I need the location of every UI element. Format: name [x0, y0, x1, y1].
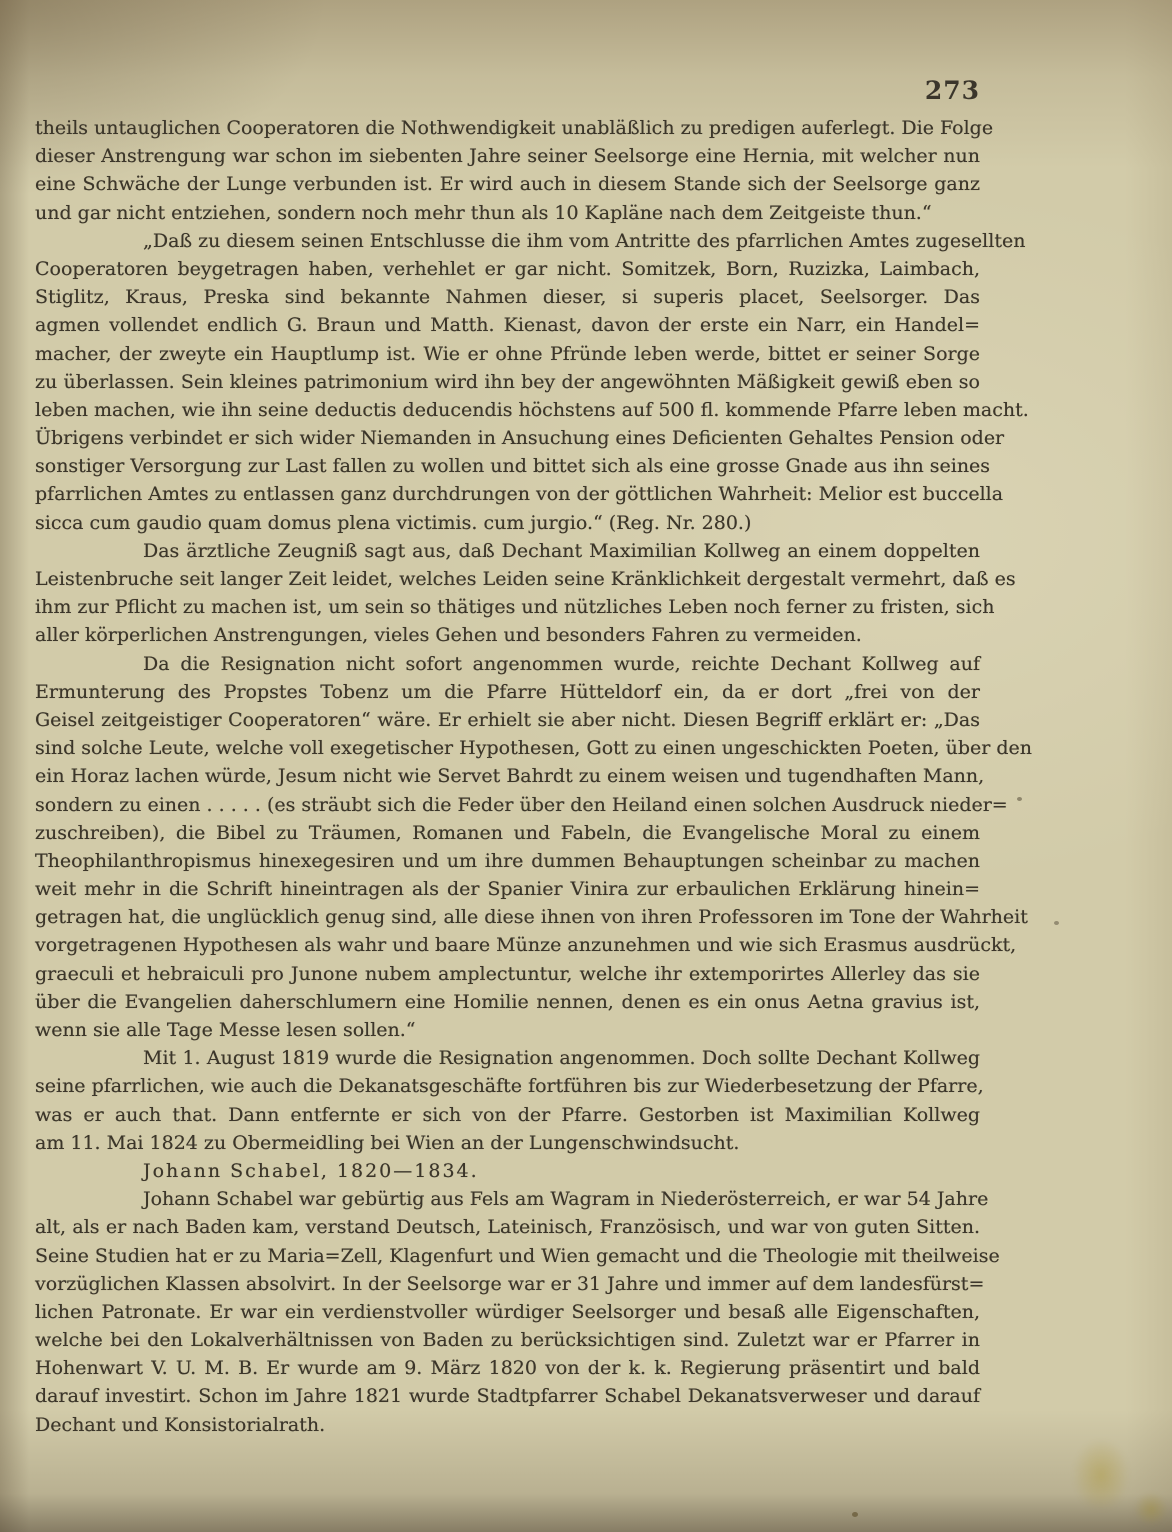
text-line: über die Evangelien daherschlumern eine …	[35, 988, 980, 1016]
text-line: graeculi et hebraiculi pro Junone nubem …	[35, 960, 980, 988]
text-line: sicca cum gaudio quam domus plena victim…	[35, 509, 980, 537]
text-line: Ermunterung des Propstes Tobenz um die P…	[35, 678, 980, 706]
text-line: sind solche Leute, welche voll exegetisc…	[35, 734, 980, 762]
text-line: agmen vollendet endlich G. Braun und Mat…	[35, 311, 980, 339]
text-line: was er auch that. Dann entfernte er sich…	[35, 1101, 980, 1129]
text-line: „Daß zu diesem seinen Entschlusse die ih…	[35, 227, 980, 255]
section-heading: Johann Schabel, 1820—1834.	[35, 1157, 980, 1185]
text-line: Theophilanthropismus hinexegesiren und u…	[35, 847, 980, 875]
text-line: Hohenwart V. U. M. B. Er wurde am 9. Mär…	[35, 1354, 980, 1382]
text-line: Mit 1. August 1819 wurde die Resignation…	[35, 1044, 980, 1072]
text-line: Leistenbruche seit langer Zeit leidet, w…	[35, 565, 980, 593]
text-line: wenn sie alle Tage Messe lesen sollen.“	[35, 1016, 980, 1044]
text-line: zu überlassen. Sein kleines patrimonium …	[35, 368, 980, 396]
text-line: seine pfarrlichen, wie auch die Dekanats…	[35, 1072, 980, 1100]
paper-stain	[1134, 1492, 1168, 1526]
text-line: sonstiger Versorgung zur Last fallen zu …	[35, 452, 980, 480]
book-page: 273 theils untauglichen Cooperatoren die…	[0, 0, 1172, 1532]
text-line: macher, der zweyte ein Hauptlump ist. Wi…	[35, 340, 980, 368]
text-line: weit mehr in die Schrift hineintragen al…	[35, 875, 980, 903]
text-line: aller körperlichen Anstrengungen, vieles…	[35, 621, 980, 649]
text-line: eine Schwäche der Lunge verbunden ist. E…	[35, 170, 980, 198]
text-line: vorzüglichen Klassen absolvirt. In der S…	[35, 1270, 980, 1298]
text-line: am 11. Mai 1824 zu Obermeidling bei Wien…	[35, 1129, 980, 1157]
paper-speck	[1017, 797, 1022, 801]
text-line: getragen hat, die unglücklich genug sind…	[35, 903, 980, 931]
text-line: darauf investirt. Schon im Jahre 1821 wu…	[35, 1382, 980, 1410]
text-line: welche bei den Lokalverhältnissen von Ba…	[35, 1326, 980, 1354]
text-line: Johann Schabel war gebürtig aus Fels am …	[35, 1185, 980, 1213]
text-line: alt, als er nach Baden kam, verstand Deu…	[35, 1213, 980, 1241]
text-line: pfarrlichen Amtes zu entlassen ganz durc…	[35, 480, 980, 508]
paper-stain	[1072, 1438, 1130, 1512]
text-line: theils untauglichen Cooperatoren die Not…	[35, 114, 980, 142]
text-line: ein Horaz lachen würde, Jesum nicht wie …	[35, 762, 980, 790]
text-line: Stiglitz, Kraus, Preska sind bekannte Na…	[35, 283, 980, 311]
paper-speck	[852, 1512, 858, 1517]
text-line: ihm zur Pflicht zu machen ist, um sein s…	[35, 593, 980, 621]
text-line: dieser Anstrengung war schon im siebente…	[35, 142, 980, 170]
paper-speck	[1054, 921, 1059, 925]
page-number: 273	[880, 76, 980, 105]
text-line: Das ärztliche Zeugniß sagt aus, daß Dech…	[35, 537, 980, 565]
text-line: zuschreiben), die Bibel zu Träumen, Roma…	[35, 819, 980, 847]
text-line: Geisel zeitgeistiger Cooperatoren“ wäre.…	[35, 706, 980, 734]
text-line: Übrigens verbindet er sich wider Niemand…	[35, 424, 980, 452]
text-line: Cooperatoren beygetragen haben, verhehle…	[35, 255, 980, 283]
text-block: theils untauglichen Cooperatoren die Not…	[35, 114, 980, 1439]
text-line: Da die Resignation nicht sofort angenomm…	[35, 650, 980, 678]
text-line: Seine Studien hat er zu Maria=Zell, Klag…	[35, 1242, 980, 1270]
text-line: vorgetragenen Hypothesen als wahr und ba…	[35, 931, 980, 959]
text-line: leben machen, wie ihn seine deductis ded…	[35, 396, 980, 424]
text-line: sondern zu einen . . . . . (es sträubt s…	[35, 791, 980, 819]
text-line: und gar nicht entziehen, sondern noch me…	[35, 199, 980, 227]
text-line: lichen Patronate. Er war ein verdienstvo…	[35, 1298, 980, 1326]
text-line: Dechant und Konsistorialrath.	[35, 1411, 980, 1439]
